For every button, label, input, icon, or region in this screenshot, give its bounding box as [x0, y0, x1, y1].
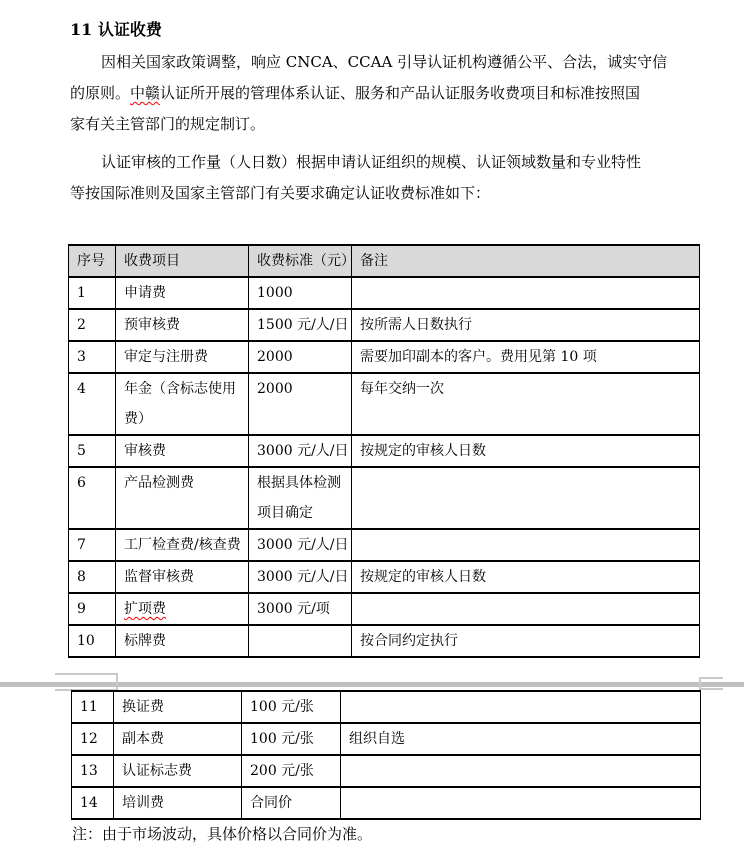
cell-fee: 100 元/张: [242, 691, 341, 723]
table-row: 3 审定与注册费 2000 需要加印副本的客户。费用见第 10 项: [69, 341, 700, 373]
note-text: 注：由于市场波动，具体价格以合同价为准。: [72, 823, 372, 844]
cell-no: 8: [69, 561, 116, 593]
margin-mark-icon: [55, 673, 118, 675]
misspelled-word: 中赣: [130, 84, 160, 102]
cell-remark: 需要加印副本的客户。费用见第 10 项: [352, 341, 700, 373]
section-heading: 11 认证收费: [70, 17, 162, 40]
cell-no: 9: [69, 593, 116, 625]
table-row: 2 预审核费 1500 元/人/日 按所需人日数执行: [69, 309, 700, 341]
cell-no: 5: [69, 435, 116, 467]
cell-fee: 3000 元/人/日: [249, 561, 352, 593]
table-row: 1 申请费 1000: [69, 277, 700, 309]
cell-fee: [249, 625, 352, 657]
cell-fee: 1500 元/人/日: [249, 309, 352, 341]
cell-item: 培训费: [114, 787, 242, 819]
table-row: 4 年金（含标志使用 费） 2000 每年交纳一次: [69, 373, 700, 435]
cell-fee: 3000 元/项: [249, 593, 352, 625]
margin-mark-icon: [699, 688, 723, 690]
cell-fee: 200 元/张: [242, 755, 341, 787]
margin-mark-icon: [699, 677, 701, 690]
cell-fee: 根据具体检测 项目确定: [249, 467, 352, 529]
cell-item: 换证费: [114, 691, 242, 723]
cell-remark: 每年交纳一次: [352, 373, 700, 435]
table-row: 14 培训费 合同价: [72, 787, 701, 819]
cell-fee: 3000 元/人/日: [249, 435, 352, 467]
cell-remark: 按规定的审核人日数: [352, 435, 700, 467]
cell-no: 13: [72, 755, 114, 787]
cell-no: 3: [69, 341, 116, 373]
cell-no: 11: [72, 691, 114, 723]
cell-no: 6: [69, 467, 116, 529]
table-row: 5 审核费 3000 元/人/日 按规定的审核人日数: [69, 435, 700, 467]
cell-item: 扩项费: [116, 593, 249, 625]
table-row: 13 认证标志费 200 元/张: [72, 755, 701, 787]
cell-remark: 按所需人日数执行: [352, 309, 700, 341]
cell-fee: 2000: [249, 341, 352, 373]
cell-item: 年金（含标志使用 费）: [116, 373, 249, 435]
page-gap-band: [0, 682, 744, 687]
cell-remark: [352, 467, 700, 529]
cell-no: 10: [69, 625, 116, 657]
cell-fee: 合同价: [242, 787, 341, 819]
cell-item: 认证标志费: [114, 755, 242, 787]
cell-item: 工厂检查费/核查费: [116, 529, 249, 561]
paragraph-workload: 认证审核的工作量（人日数）根据申请认证组织的规模、认证领域数量和专业特性 等按国…: [70, 147, 680, 209]
column-header-item: 收费项目: [116, 245, 249, 277]
cell-remark: [352, 529, 700, 561]
cell-fee: 3000 元/人/日: [249, 529, 352, 561]
cell-item: 申请费: [116, 277, 249, 309]
cell-item: 副本费: [114, 723, 242, 755]
cell-item: 审定与注册费: [116, 341, 249, 373]
margin-mark-icon: [699, 677, 723, 679]
table-row: 12 副本费 100 元/张 组织自选: [72, 723, 701, 755]
cell-item: 标牌费: [116, 625, 249, 657]
cell-no: 4: [69, 373, 116, 435]
cell-no: 1: [69, 277, 116, 309]
column-header-fee: 收费标准（元）: [249, 245, 352, 277]
cell-no: 12: [72, 723, 114, 755]
cell-remark: [352, 277, 700, 309]
misspelled-word: 扩项费: [124, 601, 166, 617]
cell-fee: 2000: [249, 373, 352, 435]
cell-fee: 1000: [249, 277, 352, 309]
cell-remark: [352, 593, 700, 625]
table-row: 8 监督审核费 3000 元/人/日 按规定的审核人日数: [69, 561, 700, 593]
cell-remark: 按合同约定执行: [352, 625, 700, 657]
cell-item: 监督审核费: [116, 561, 249, 593]
table-row: 6 产品检测费 根据具体检测 项目确定: [69, 467, 700, 529]
table-row: 9 扩项费 3000 元/项: [69, 593, 700, 625]
paragraph-policy: 因相关国家政策调整，响应 CNCA、CCAA 引导认证机构遵循公平、合法，诚实守…: [70, 47, 680, 140]
cell-remark: 组织自选: [341, 723, 701, 755]
margin-mark-icon: [116, 673, 118, 691]
cell-item: 产品检测费: [116, 467, 249, 529]
table-row: 7 工厂检查费/核查费 3000 元/人/日: [69, 529, 700, 561]
cell-no: 14: [72, 787, 114, 819]
cell-remark: [341, 787, 701, 819]
cell-item: 预审核费: [116, 309, 249, 341]
cell-fee: 100 元/张: [242, 723, 341, 755]
column-header-no: 序号: [69, 245, 116, 277]
cell-remark: [341, 691, 701, 723]
table-row: 10 标牌费 按合同约定执行: [69, 625, 700, 657]
fee-table-page1: 序号 收费项目 收费标准（元） 备注 1 申请费 1000 2 预审核费 150…: [68, 244, 700, 658]
fee-table-header-row: 序号 收费项目 收费标准（元） 备注: [69, 245, 700, 277]
cell-no: 2: [69, 309, 116, 341]
fee-table-page2: 11 换证费 100 元/张 12 副本费 100 元/张 组织自选 13 认证…: [71, 690, 701, 820]
table-row: 11 换证费 100 元/张: [72, 691, 701, 723]
cell-remark: 按规定的审核人日数: [352, 561, 700, 593]
cell-remark: [341, 755, 701, 787]
cell-item: 审核费: [116, 435, 249, 467]
column-header-remark: 备注: [352, 245, 700, 277]
cell-no: 7: [69, 529, 116, 561]
